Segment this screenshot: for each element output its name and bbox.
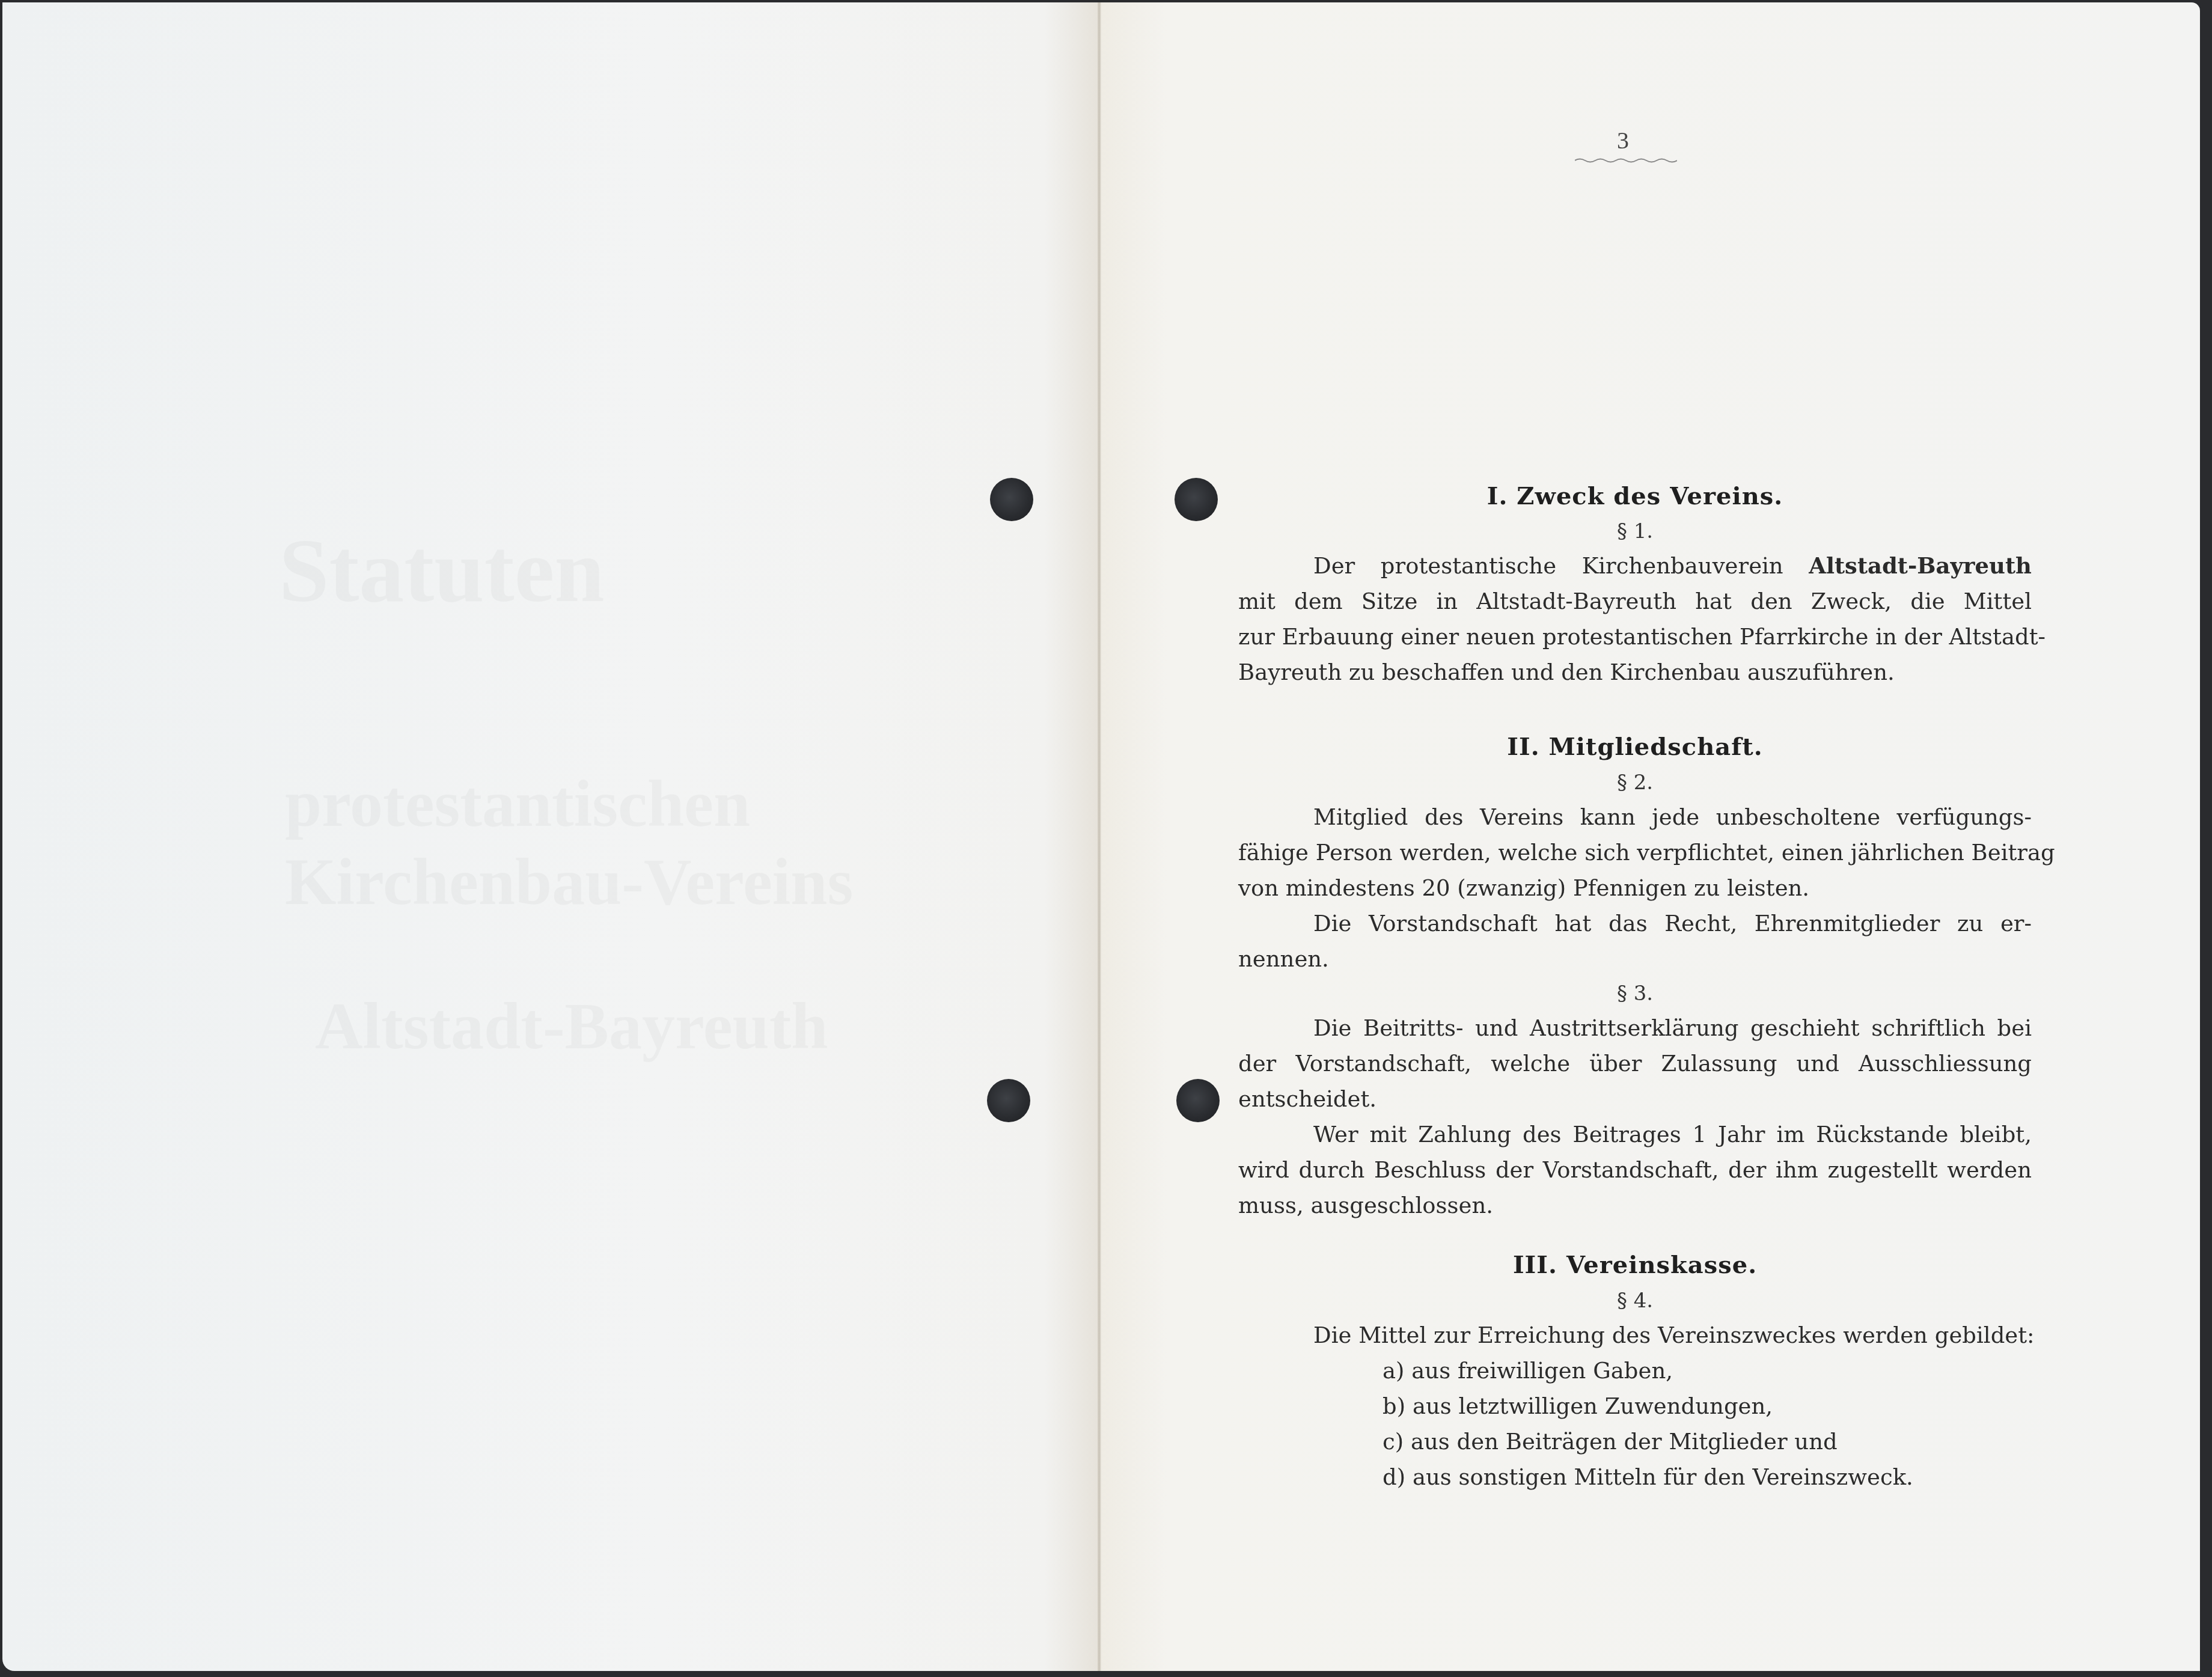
page-number: 3 — [1587, 126, 1659, 154]
paragraph-sign: § 4. — [1238, 1284, 2032, 1318]
text-line: Der protestantische Kirchenbauverein Alt… — [1238, 548, 2032, 584]
section-heading: II. Mitgliedschaft. — [1238, 729, 2032, 766]
left-page-blank: Statuten protestantischen Kirchenbau-Ver… — [2, 2, 1099, 1671]
text-line: Bayreuth zu beschaffen und den Kirchenba… — [1238, 655, 2032, 690]
punch-hole-bottom-left — [987, 1079, 1030, 1122]
list-item: a) aus freiwilligen Gaben, — [1238, 1353, 2032, 1388]
punch-hole-bottom-right — [1176, 1079, 1220, 1122]
list-item: b) aus letztwilligen Zuwendungen, — [1238, 1388, 2032, 1424]
paragraph-sign: § 2. — [1238, 766, 2032, 799]
show-through-title: Statuten — [279, 519, 605, 623]
text-line: von mindestens 20 (zwanzig) Pfennigen zu… — [1238, 870, 2032, 906]
show-through-subtitle-2: Kirchenbau-Vereins — [285, 844, 853, 920]
text-line: nennen. — [1238, 941, 2032, 977]
text-line: fähige Person werden, welche sich verpfl… — [1238, 835, 2032, 870]
section-heading: III. Vereinskasse. — [1238, 1247, 2032, 1284]
paragraph-sign: § 3. — [1238, 977, 2032, 1010]
show-through-subtitle: protestantischen — [285, 766, 750, 842]
text-line: Mitglied des Vereins kann jede unbeschol… — [1238, 799, 2032, 835]
text-line: mit dem Sitze in Altstadt-Bayreuth hat d… — [1238, 584, 2032, 619]
text-line: entscheidet. — [1238, 1081, 2032, 1117]
list-item: c) aus den Beiträgen der Mitglieder und — [1238, 1424, 2032, 1459]
section-2: II. Mitgliedschaft. § 2. Mitglied des Ve… — [1238, 729, 2032, 1223]
section-1: I. Zweck des Vereins. § 1. Der protestan… — [1238, 478, 2032, 690]
list-item: d) aus sonstigen Mitteln für den Vereins… — [1238, 1459, 2032, 1495]
punch-hole-top-left — [990, 478, 1033, 521]
text-line: Die Vorstandschaft hat das Recht, Ehrenm… — [1238, 906, 2032, 941]
section-3: III. Vereinskasse. § 4. Die Mittel zur E… — [1238, 1247, 2032, 1495]
text-line: Die Mittel zur Erreichung des Vereinszwe… — [1238, 1318, 2032, 1353]
text-line: Die Beitritts- und Austrittserklärung ge… — [1238, 1010, 2032, 1046]
show-through-city: Altstadt-Bayreuth — [315, 988, 828, 1065]
text-line: der Vorstandschaft, welche über Zulassun… — [1238, 1046, 2032, 1081]
wavy-rule-icon — [1575, 157, 1677, 163]
punch-hole-top-right — [1175, 478, 1218, 521]
text-line: muss, ausgeschlossen. — [1238, 1188, 2032, 1223]
text-line: zur Erbauung einer neuen protestantische… — [1238, 619, 2032, 655]
text-line: Wer mit Zahlung des Beitrages 1 Jahr im … — [1238, 1117, 2032, 1152]
text-line: wird durch Beschluss der Vorstandschaft,… — [1238, 1152, 2032, 1188]
paragraph-sign: § 1. — [1238, 515, 2032, 548]
section-heading: I. Zweck des Vereins. — [1238, 478, 2032, 515]
